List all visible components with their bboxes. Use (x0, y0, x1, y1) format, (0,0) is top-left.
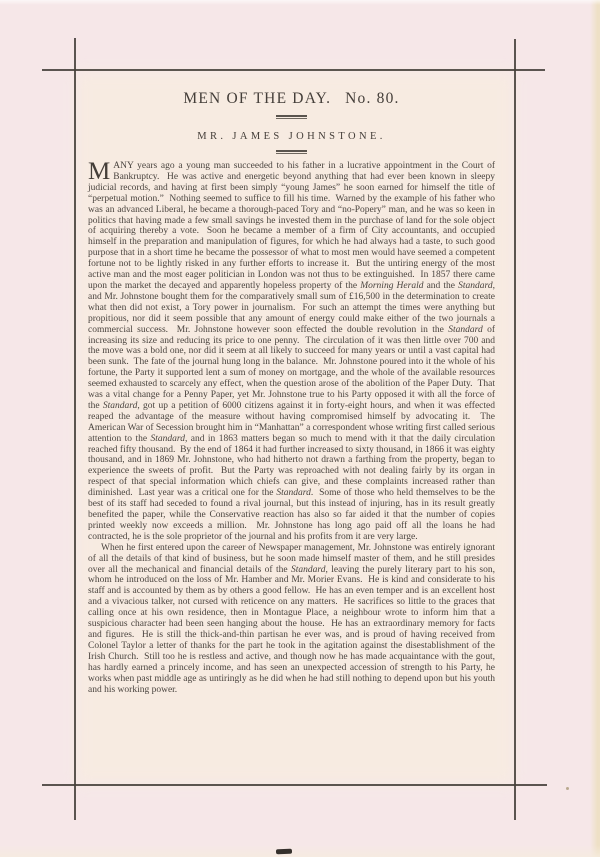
issue-number: No. 80. (345, 90, 399, 107)
italic-text: Morning Herald (360, 281, 423, 291)
frame-line-top (42, 69, 545, 71)
frame-line-left (74, 38, 76, 820)
dust-speck (566, 787, 569, 790)
body-text: of increasing its size and reducing its … (88, 325, 495, 411)
divider-rule (276, 150, 307, 154)
body-text: ANY years ago a young man succeeded to h… (88, 161, 495, 291)
series-title-line: MEN OF THE DAY.No. 80. (88, 90, 495, 108)
paragraph: MANY years ago a young man succeeded to … (88, 161, 495, 543)
italic-text: Standard (150, 434, 184, 444)
article-body: MANY years ago a young man succeeded to … (88, 161, 495, 695)
paragraph: When he first entered upon the career of… (88, 543, 495, 696)
italic-text: Standard (291, 565, 325, 575)
italic-text: Standard (448, 325, 482, 335)
page-edge-top (0, 0, 600, 5)
frame-line-right (514, 39, 516, 820)
page-edge-bottom (0, 845, 600, 857)
page-edge-right (590, 0, 600, 857)
frame-line-bottom (42, 784, 547, 786)
body-text: and the (423, 281, 458, 291)
scanned-page: MEN OF THE DAY.No. 80. MR. JAMES JOHNSTO… (0, 0, 600, 857)
italic-text: Standard (103, 401, 137, 411)
article-title: MR. JAMES JOHNSTONE. (88, 131, 495, 142)
drop-cap: M (88, 161, 113, 182)
series-title: MEN OF THE DAY. (183, 90, 331, 107)
ink-mark (276, 849, 292, 855)
divider-rule (276, 115, 307, 119)
italic-text: Standard (276, 488, 310, 498)
italic-text: Standard (458, 281, 492, 291)
page-header: MEN OF THE DAY.No. 80. MR. JAMES JOHNSTO… (88, 90, 495, 154)
body-text: , leaving the purely literary part to hi… (88, 565, 495, 695)
